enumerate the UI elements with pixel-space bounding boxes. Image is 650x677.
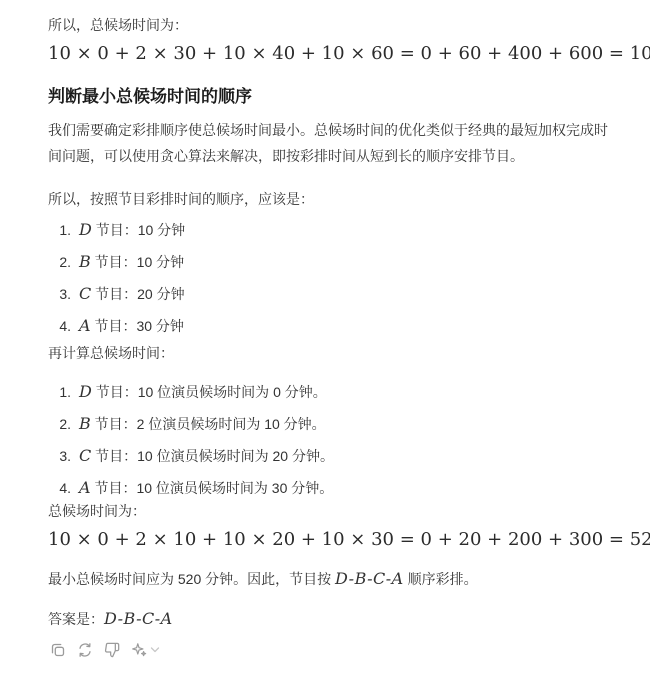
program-letter: C — [79, 284, 91, 303]
section-heading: 判断最小总候场时间的顺序 — [48, 86, 612, 107]
list-item-text: C 节目：20 分钟 — [79, 283, 185, 305]
list-item: 4. A 节目：10 位演员候场时间为 30 分钟。 — [57, 477, 612, 499]
program-letter: D — [79, 220, 92, 239]
list-item-body: 节目：10 位演员候场时间为 30 分钟。 — [91, 480, 334, 496]
list-marker: 3. — [57, 284, 71, 305]
answer-sequence-math: D-B-C-A — [104, 609, 173, 628]
program-letter: A — [79, 316, 91, 335]
formula-minimal-total: 10 × 0 + 2 × 10 + 10 × 20 + 10 × 30 = 0 … — [48, 528, 612, 551]
list-item: 2. B 节目：2 位演员候场时间为 10 分钟。 — [57, 413, 612, 435]
wait-time-list: 1. D 节目：10 位演员候场时间为 0 分钟。 2. B 节目：2 位演员候… — [48, 381, 612, 499]
list-marker: 2. — [57, 252, 71, 273]
order-list: 1. D 节目：10 分钟 2. B 节目：10 分钟 3. C 节目：20 分… — [48, 219, 612, 337]
order-sequence-math: D-B-C-A — [335, 569, 404, 588]
list-item-text: D 节目：10 分钟 — [79, 219, 185, 241]
list-item-body: 节目：10 分钟 — [91, 254, 184, 270]
total-label: 总候场时间为： — [48, 501, 612, 521]
list-item: 3. C 节目：10 位演员候场时间为 20 分钟。 — [57, 445, 612, 467]
list-item-text: A 节目：10 位演员候场时间为 30 分钟。 — [79, 477, 333, 499]
list-item-body: 节目：10 分钟 — [92, 222, 185, 238]
recalc-intro: 再计算总候场时间： — [48, 343, 612, 363]
program-letter: C — [79, 446, 91, 465]
list-item-text: C 节目：10 位演员候场时间为 20 分钟。 — [79, 445, 334, 467]
list-marker: 4. — [57, 478, 71, 499]
list-item-body: 节目：2 位演员候场时间为 10 分钟。 — [91, 416, 326, 432]
final-answer-line: 答案是：D-B-C-A — [48, 607, 612, 631]
program-letter: D — [79, 382, 92, 401]
program-letter: B — [79, 252, 91, 271]
list-marker: 4. — [57, 316, 71, 337]
answer-label: 答案是： — [48, 611, 104, 627]
list-item-text: A 节目：30 分钟 — [79, 315, 184, 337]
list-item: 4. A 节目：30 分钟 — [57, 315, 612, 337]
list-item: 1. D 节目：10 分钟 — [57, 219, 612, 241]
thumbs-down-icon — [104, 642, 120, 658]
chevron-down-icon — [150, 646, 160, 654]
conclusion-pre: 最小总候场时间应为 520 分钟。因此，节目按 — [48, 571, 335, 587]
list-item: 1. D 节目：10 位演员候场时间为 0 分钟。 — [57, 381, 612, 403]
assistant-response-pane: 所以，总候场时间为： 10 × 0 + 2 × 30 + 10 × 40 + 1… — [0, 0, 650, 660]
thumbs-down-button[interactable] — [102, 640, 122, 660]
ai-actions-button[interactable] — [129, 640, 162, 660]
list-item-body: 节目：30 分钟 — [91, 318, 184, 334]
list-marker: 2. — [57, 414, 71, 435]
regenerate-button[interactable] — [75, 640, 95, 660]
list-item: 3. C 节目：20 分钟 — [57, 283, 612, 305]
explanation-paragraph: 我们需要确定彩排顺序使总候场时间最小。总候场时间的优化类似于经典的最短加权完成时… — [48, 117, 612, 169]
list-marker: 3. — [57, 446, 71, 467]
regenerate-icon — [77, 642, 93, 658]
list-marker: 1. — [57, 382, 71, 403]
list-item-body: 节目：10 位演员候场时间为 20 分钟。 — [91, 448, 334, 464]
message-action-toolbar — [48, 640, 612, 660]
list-item-body: 节目：10 位演员候场时间为 0 分钟。 — [92, 384, 327, 400]
copy-button[interactable] — [48, 640, 68, 660]
list-marker: 1. — [57, 220, 71, 241]
list-item: 2. B 节目：10 分钟 — [57, 251, 612, 273]
intro-label: 所以，总候场时间为： — [48, 15, 612, 35]
program-letter: A — [79, 478, 91, 497]
formula-initial-total: 10 × 0 + 2 × 30 + 10 × 40 + 10 × 60 = 0 … — [48, 42, 612, 65]
list-item-text: D 节目：10 位演员候场时间为 0 分钟。 — [79, 381, 327, 403]
conclusion-paragraph: 最小总候场时间应为 520 分钟。因此，节目按 D-B-C-A 顺序彩排。 — [48, 568, 612, 590]
order-intro: 所以，按照节目彩排时间的顺序，应该是： — [48, 189, 612, 209]
list-item-body: 节目：20 分钟 — [91, 286, 184, 302]
list-item-text: B 节目：10 分钟 — [79, 251, 184, 273]
sparkle-icon — [131, 642, 147, 658]
conclusion-post: 顺序彩排。 — [404, 571, 478, 587]
program-letter: B — [79, 414, 91, 433]
copy-icon — [50, 642, 66, 658]
list-item-text: B 节目：2 位演员候场时间为 10 分钟。 — [79, 413, 326, 435]
